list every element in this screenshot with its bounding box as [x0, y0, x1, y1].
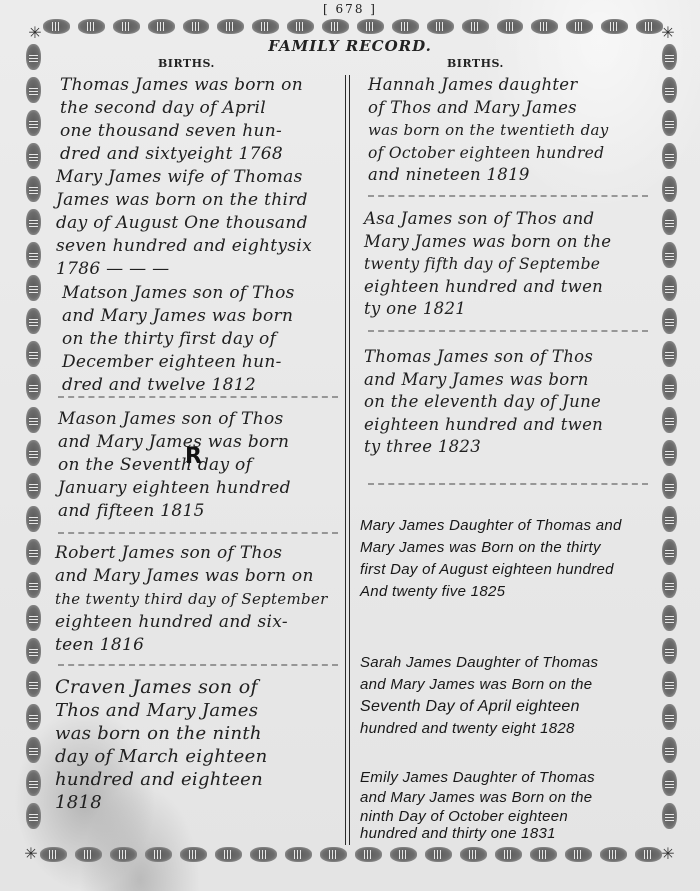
ornament-icon — [662, 506, 677, 532]
ornament-icon — [43, 19, 70, 34]
page-title: FAMILY RECORD. — [0, 37, 700, 55]
entry-line: Mary James Daughter of Thomas and — [360, 515, 622, 537]
entry-separator — [58, 396, 338, 398]
entry-line: Asa James son of Thos and — [364, 208, 611, 231]
ornament-icon — [287, 19, 314, 34]
left-border — [24, 44, 42, 844]
ornament-icon — [113, 19, 140, 34]
ornament-icon — [110, 847, 137, 862]
ornament-icon — [217, 19, 244, 34]
entry-line: and nineteen 1819 — [368, 164, 609, 187]
ornament-icon — [26, 440, 41, 466]
entry-line: and Mary James was born — [58, 431, 291, 454]
ornament-icon — [322, 19, 349, 34]
entry-line: on the thirty first day of — [62, 328, 295, 351]
ornament-icon — [427, 19, 454, 34]
register-page: [ 678 ] ✳ ✳ ✳ ✳ FAMILY RECORD. BIRTHS. B… — [0, 0, 700, 891]
ornament-icon — [26, 671, 41, 697]
ornament-icon — [26, 572, 41, 598]
entry-separator — [58, 532, 338, 534]
ornament-icon — [662, 176, 677, 202]
ornament-icon — [26, 110, 41, 136]
entry-line: on the eleventh day of June — [364, 391, 603, 414]
ornament-icon — [662, 737, 677, 763]
ornament-icon — [662, 341, 677, 367]
entry-line: first Day of August eighteen hundred — [360, 559, 622, 581]
birth-entry-matson-1812: Matson James son of Thos and Mary James … — [62, 282, 295, 397]
ornament-icon — [662, 143, 677, 169]
ornament-icon — [357, 19, 384, 34]
entry-line: and fifteen 1815 — [58, 500, 291, 523]
entry-separator — [368, 483, 648, 485]
page-number: [ 678 ] — [0, 2, 700, 16]
ornament-icon — [26, 638, 41, 664]
column-divider — [345, 75, 350, 845]
ornament-icon — [601, 19, 628, 34]
entry-line: hundred and eighteen — [55, 768, 267, 791]
ornament-icon — [180, 847, 207, 862]
entry-line: Matson James son of Thos — [62, 282, 295, 305]
entry-line: was born on the ninth — [55, 722, 267, 745]
ornament-icon — [355, 847, 382, 862]
birth-entry-robert-1816: Robert James son of Thos and Mary James … — [55, 542, 328, 657]
entry-line: Hannah James daughter — [368, 74, 609, 97]
entry-separator — [368, 330, 648, 332]
ornament-icon — [662, 209, 677, 235]
ornament-icon — [26, 473, 41, 499]
ornament-icon — [565, 847, 592, 862]
ornament-icon — [26, 704, 41, 730]
ornament-icon — [495, 847, 522, 862]
birth-entry-asa-1821: Asa James son of Thos and Mary James was… — [364, 208, 611, 321]
ornament-icon — [425, 847, 452, 862]
entry-line: on the Seventh day of — [58, 454, 291, 477]
entry-line: day of March eighteen — [55, 745, 267, 768]
entry-line: the twenty third day of September — [55, 588, 328, 611]
ornament-icon — [566, 19, 593, 34]
ornament-icon — [215, 847, 242, 862]
entry-line: December eighteen hun- — [62, 351, 295, 374]
entry-line: Craven James son of — [55, 676, 267, 699]
ornament-icon — [662, 473, 677, 499]
birth-entry-mason-1815: Mason James son of Thos and Mary James w… — [58, 408, 291, 523]
entry-line: eighteen hundred and twen — [364, 276, 611, 299]
bottom-border — [40, 845, 665, 863]
ornament-icon — [662, 704, 677, 730]
entry-line: and Mary James was Born on the — [360, 788, 595, 808]
ornament-icon — [145, 847, 172, 862]
entry-line: Mason James son of Thos — [58, 408, 291, 431]
ornament-icon — [26, 539, 41, 565]
ornament-icon — [26, 77, 41, 103]
entry-line: Thomas James son of Thos — [364, 346, 603, 369]
entry-line: ty three 1823 — [364, 436, 603, 459]
ornament-icon — [636, 19, 663, 34]
entry-line: Thos and Mary James — [55, 699, 267, 722]
entry-line: one thousand seven hun- — [60, 120, 303, 143]
ornament-icon — [662, 572, 677, 598]
ornament-icon — [662, 539, 677, 565]
birth-entry-thomas-1768: Thomas James was born on the second day … — [60, 74, 303, 166]
entry-line: eighteen hundred and six- — [55, 611, 328, 634]
entry-line: Robert James son of Thos — [55, 542, 328, 565]
ornament-icon — [285, 847, 312, 862]
entry-line: 1786 — — — — [56, 258, 312, 281]
entry-line: was born on the twentieth day — [368, 119, 609, 142]
ornament-icon — [26, 209, 41, 235]
ornament-icon — [530, 847, 557, 862]
birth-entry-sarah-1828: Sarah James Daughter of Thomas and Mary … — [360, 652, 598, 740]
ornament-icon — [635, 847, 662, 862]
entry-line: teen 1816 — [55, 634, 328, 657]
entry-line: James was born on the third — [56, 189, 312, 212]
ornament-icon — [662, 638, 677, 664]
top-border — [43, 17, 663, 35]
ornament-icon — [26, 770, 41, 796]
entry-line: twenty fifth day of Septembe — [364, 253, 611, 276]
ornament-icon — [183, 19, 210, 34]
ornament-icon — [662, 671, 677, 697]
ornament-icon — [662, 110, 677, 136]
birth-entry-mary-1786: Mary James wife of Thomas James was born… — [56, 166, 312, 281]
entry-line: seven hundred and eightysix — [56, 235, 312, 258]
entry-line: January eighteen hundred — [58, 477, 291, 500]
entry-line: hundred and twenty eight 1828 — [360, 718, 598, 740]
entry-line: dred and sixtyeight 1768 — [60, 143, 303, 166]
ornament-icon — [662, 770, 677, 796]
ornament-icon — [26, 176, 41, 202]
ornament-icon — [531, 19, 558, 34]
birth-entry-craven-1818: Craven James son of Thos and Mary James … — [55, 676, 267, 814]
entry-line: Mary James wife of Thomas — [56, 166, 312, 189]
birth-entry-thomas-1823: Thomas James son of Thos and Mary James … — [364, 346, 603, 459]
entry-separator — [58, 664, 338, 666]
entry-line: Seventh Day of April eighteen — [360, 696, 598, 718]
ornament-icon — [320, 847, 347, 862]
ornament-icon — [392, 19, 419, 34]
ornament-icon — [662, 803, 677, 829]
ornament-icon — [26, 737, 41, 763]
ornament-icon — [497, 19, 524, 34]
ornament-icon — [26, 407, 41, 433]
ornament-icon — [662, 374, 677, 400]
entry-line: Thomas James was born on — [60, 74, 303, 97]
ornament-icon — [390, 847, 417, 862]
ornament-icon — [26, 143, 41, 169]
ornament-icon — [26, 374, 41, 400]
entry-line: day of August One thousand — [56, 212, 312, 235]
entry-line: dred and twelve 1812 — [62, 374, 295, 397]
corner-star-icon: ✳ — [22, 845, 40, 863]
left-column-heading: BIRTHS. — [158, 57, 215, 70]
entry-line: And twenty five 1825 — [360, 581, 622, 603]
ornament-icon — [26, 341, 41, 367]
ornament-icon — [662, 308, 677, 334]
ornament-icon — [250, 847, 277, 862]
entry-line: and Mary James was born on — [55, 565, 328, 588]
entry-line: 1818 — [55, 791, 267, 814]
ornament-icon — [662, 605, 677, 631]
ornament-icon — [26, 506, 41, 532]
entry-line: of Thos and Mary James — [368, 97, 609, 120]
ornament-icon — [662, 44, 677, 70]
ornament-icon — [460, 847, 487, 862]
ornament-icon — [252, 19, 279, 34]
ornament-icon — [662, 440, 677, 466]
entry-line: Mary James was born on the — [364, 231, 611, 254]
entry-line: Emily James Daughter of Thomas — [360, 768, 595, 788]
inserted-mark: R — [185, 444, 202, 469]
entry-line: of October eighteen hundred — [368, 142, 609, 165]
birth-entry-mary-1825: Mary James Daughter of Thomas and Mary J… — [360, 515, 622, 603]
entry-line: ty one 1821 — [364, 298, 611, 321]
right-column-heading: BIRTHS. — [447, 57, 504, 70]
entry-separator — [368, 195, 648, 197]
ornament-icon — [26, 605, 41, 631]
entry-line: Mary James was Born on the thirty — [360, 537, 622, 559]
entry-line: eighteen hundred and twen — [364, 414, 603, 437]
ornament-icon — [26, 275, 41, 301]
ornament-icon — [662, 242, 677, 268]
ornament-icon — [40, 847, 67, 862]
entry-line: and Mary James was born — [62, 305, 295, 328]
ornament-icon — [662, 275, 677, 301]
entry-line: and Mary James was born — [364, 369, 603, 392]
ornament-icon — [26, 242, 41, 268]
entry-line: hundred and thirty one 1831 — [360, 825, 595, 842]
entry-line: the second day of April — [60, 97, 303, 120]
entry-line: and Mary James was Born on the — [360, 674, 598, 696]
ornament-icon — [78, 19, 105, 34]
entry-line: ninth Day of October eighteen — [360, 808, 595, 825]
ornament-icon — [600, 847, 627, 862]
ornament-icon — [662, 77, 677, 103]
birth-entry-hannah-1819: Hannah James daughter of Thos and Mary J… — [368, 74, 609, 187]
ornament-icon — [662, 407, 677, 433]
ornament-icon — [75, 847, 102, 862]
birth-entry-emily-1831: Emily James Daughter of Thomas and Mary … — [360, 768, 595, 842]
ornament-icon — [26, 308, 41, 334]
ornament-icon — [26, 44, 41, 70]
ornament-icon — [462, 19, 489, 34]
entry-line: Sarah James Daughter of Thomas — [360, 652, 598, 674]
ornament-icon — [26, 803, 41, 829]
right-border — [660, 44, 678, 844]
ornament-icon — [148, 19, 175, 34]
